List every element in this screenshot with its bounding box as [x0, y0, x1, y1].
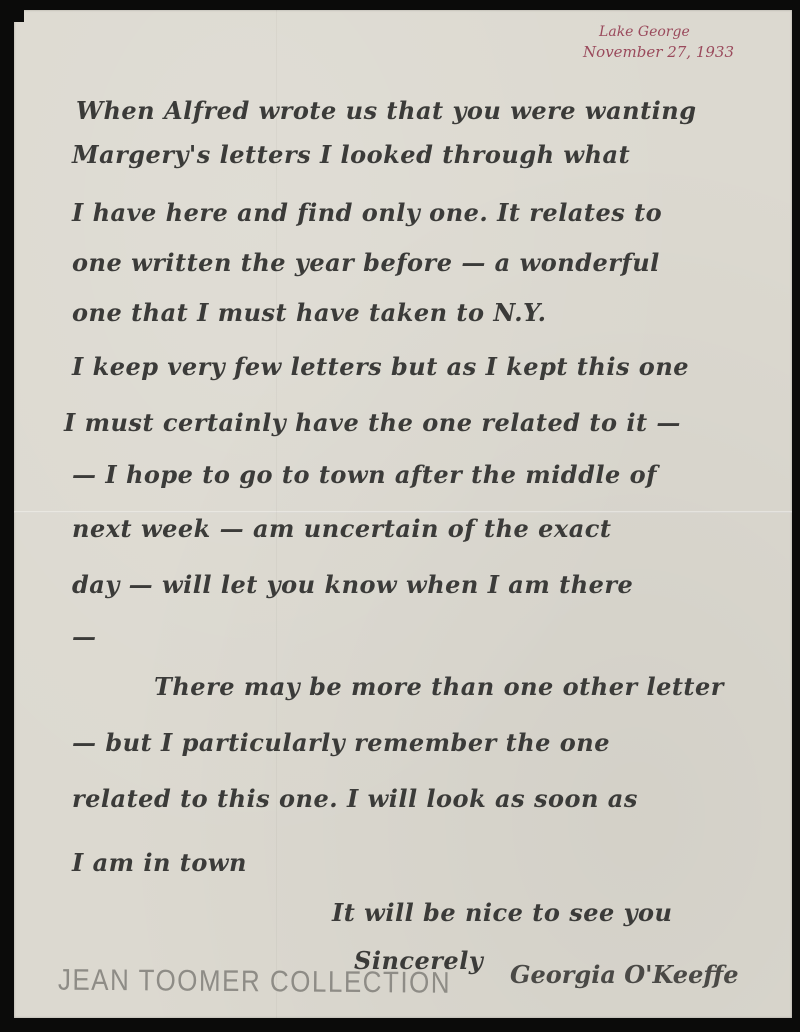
letter-line-7: I must certainly have the one related to… — [64, 408, 681, 438]
dateline-date: November 27, 1933 — [583, 42, 734, 62]
letter-line-1: When Alfred wrote us that you were wanti… — [76, 96, 697, 126]
letter-line-3: I have here and find only one. It relate… — [72, 198, 662, 228]
letter-line-15: I am in town — [72, 848, 247, 878]
horizontal-fold-line — [14, 511, 792, 513]
letter-line-12: There may be more than one other letter — [154, 672, 724, 702]
letter-line-2: Margery's letters I looked through what — [72, 140, 630, 170]
letter-line-9: next week — am uncertain of the exact — [72, 514, 611, 544]
dateline-place: Lake George — [583, 22, 734, 42]
torn-corner — [14, 10, 24, 22]
signature: Georgia O'Keeffe — [510, 960, 738, 989]
letter-line-6: I keep very few letters but as I kept th… — [72, 352, 689, 382]
archive-stamp: JEAN TOOMER COLLECTION — [58, 962, 451, 1001]
letter-line-10: day — will let you know when I am there — [72, 570, 633, 600]
letter-page: Lake George November 27, 1933 When Alfre… — [14, 10, 792, 1018]
letter-line-5: one that I must have taken to N.Y. — [72, 298, 547, 328]
letter-line-8: — I hope to go to town after the middle … — [72, 460, 657, 490]
dateline: Lake George November 27, 1933 — [583, 22, 734, 62]
letter-line-13: — but I particularly remember the one — [72, 728, 610, 758]
letter-line-14: related to this one. I will look as soon… — [72, 784, 638, 814]
letter-line-4: one written the year before — a wonderfu… — [72, 248, 660, 278]
letter-line-16: It will be nice to see you — [332, 898, 673, 928]
letter-line-11: — — [72, 622, 97, 652]
